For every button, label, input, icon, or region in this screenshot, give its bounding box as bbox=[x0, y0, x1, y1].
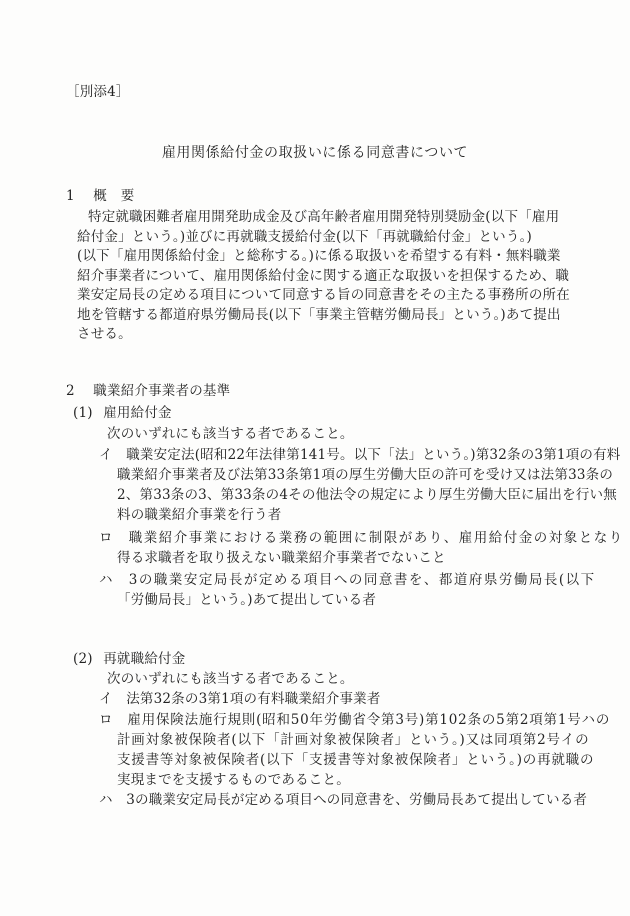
item-text: 3の職業安定局長が定める項目への同意書を、労働局長あて提出している者 bbox=[126, 792, 587, 808]
item-label: ロ bbox=[99, 530, 114, 547]
para-line: 給付金」という。)並びに再就職支援給付金(以下「再就職給付金」という。) bbox=[77, 229, 532, 246]
item-line: 実現までを支援するものであること。 bbox=[117, 772, 350, 789]
item-label: ハ bbox=[99, 792, 113, 809]
para-line: 特定就職困難者雇用開発助成金及び高年齢者雇用開発特別奨励金(以下「雇用 bbox=[88, 209, 559, 226]
item-line: ハ 3の職業安定局長が定める項目への同意書を、都道府県労働局長(以下 bbox=[99, 572, 596, 589]
item-line: ロ 職業紹介事業における業務の範囲に制限があり、雇用給付金の対象となり bbox=[99, 530, 624, 547]
item-line: 「労働局長」という。)あて提出している者 bbox=[117, 592, 376, 609]
section1-title: 概 要 bbox=[93, 188, 134, 204]
item-text: 職業紹介事業における業務の範囲に制限があり、雇用給付金の対象となり bbox=[129, 530, 624, 546]
item-line: 計画対象被保険者(以下「計画対象被保険者」という。)又は同項第2号イの bbox=[117, 732, 589, 749]
item-line: ハ 3の職業安定局長が定める項目への同意書を、労働局長あて提出している者 bbox=[99, 792, 587, 809]
item-line: 料の職業紹介事業を行う者 bbox=[117, 507, 281, 524]
section1-heading: 1 概 要 bbox=[66, 188, 134, 205]
subsection2-title: 再就職給付金 bbox=[103, 651, 185, 667]
subsection2-heading: (2) 再就職給付金 bbox=[73, 651, 185, 668]
section1-number: 1 bbox=[66, 188, 75, 205]
section2-title: 職業紹介事業者の基準 bbox=[93, 383, 230, 399]
item-text: 3の職業安定局長が定める項目への同意書を、都道府県労働局長(以下 bbox=[129, 572, 596, 588]
attachment-tag: ［別添4］ bbox=[66, 84, 130, 101]
item-line: ロ 雇用保険法施行規則(昭和50年労働省令第3号)第102条の5第2項第1号ハの bbox=[99, 712, 610, 729]
document-title: 雇用関係給付金の取扱いに係る同意書について bbox=[0, 142, 630, 162]
section2-number: 2 bbox=[66, 383, 75, 400]
para-line: 業安定局長の定める項目について同意する旨の同意書をその主たる事務所の所在 bbox=[77, 287, 570, 304]
item-text: 雇用保険法施行規則(昭和50年労働省令第3号)第102条の5第2項第1号ハの bbox=[127, 712, 610, 728]
para-line: 紹介事業者について、雇用関係給付金に関する適正な取扱いを担保するため、職 bbox=[77, 268, 569, 285]
subsection1-heading: (1) 雇用給付金 bbox=[73, 405, 172, 422]
item-line: 支援書等対象被保険者(以下「支援書等対象被保険者」という。)の再就職の bbox=[117, 752, 594, 769]
section2-heading: 2 職業紹介事業者の基準 bbox=[66, 383, 230, 400]
item-label: ハ bbox=[99, 572, 114, 589]
subsection1-label: (1) bbox=[73, 405, 93, 422]
para-line: (以下「雇用関係給付金」と総称する。)に係る取扱いを希望する有料・無料職業 bbox=[77, 248, 561, 265]
item-line: 2、第33条の3、第33条の4その他法令の規定により厚生労働大臣に届出を行い無 bbox=[117, 487, 617, 504]
para-line: させる。 bbox=[77, 326, 132, 343]
subsection1-intro: 次のいずれにも該当する者であること。 bbox=[107, 426, 354, 443]
subsection2-label: (2) bbox=[73, 651, 93, 668]
item-label: イ bbox=[99, 691, 113, 708]
item-line: 職業紹介事業者及び法第33条第1項の厚生労働大臣の許可を受け又は法第33条の bbox=[117, 467, 613, 484]
item-label: ロ bbox=[99, 712, 113, 729]
para-line: 地を管轄する都道府県労働局長(以下「事業主管轄労働局長」という。)あて提出 bbox=[77, 307, 561, 324]
item-line: イ 法第32条の3第1項の有料職業紹介事業者 bbox=[99, 691, 381, 708]
item-line: 得る求職者を取り扱えない職業紹介事業者でないこと bbox=[117, 550, 446, 567]
item-line: イ 職業安定法(昭和22年法律第141号。以下「法」という。)第32条の3第1項… bbox=[99, 447, 621, 464]
item-text: 職業安定法(昭和22年法律第141号。以下「法」という。)第32条の3第1項の有… bbox=[126, 447, 620, 463]
subsection2-intro: 次のいずれにも該当する者であること。 bbox=[107, 671, 354, 688]
item-label: イ bbox=[99, 447, 113, 464]
subsection1-title: 雇用給付金 bbox=[103, 405, 172, 421]
item-text: 法第32条の3第1項の有料職業紹介事業者 bbox=[126, 691, 380, 707]
document-page: ［別添4］ 雇用関係給付金の取扱いに係る同意書について 1 概 要 特定就職困難… bbox=[0, 0, 630, 916]
